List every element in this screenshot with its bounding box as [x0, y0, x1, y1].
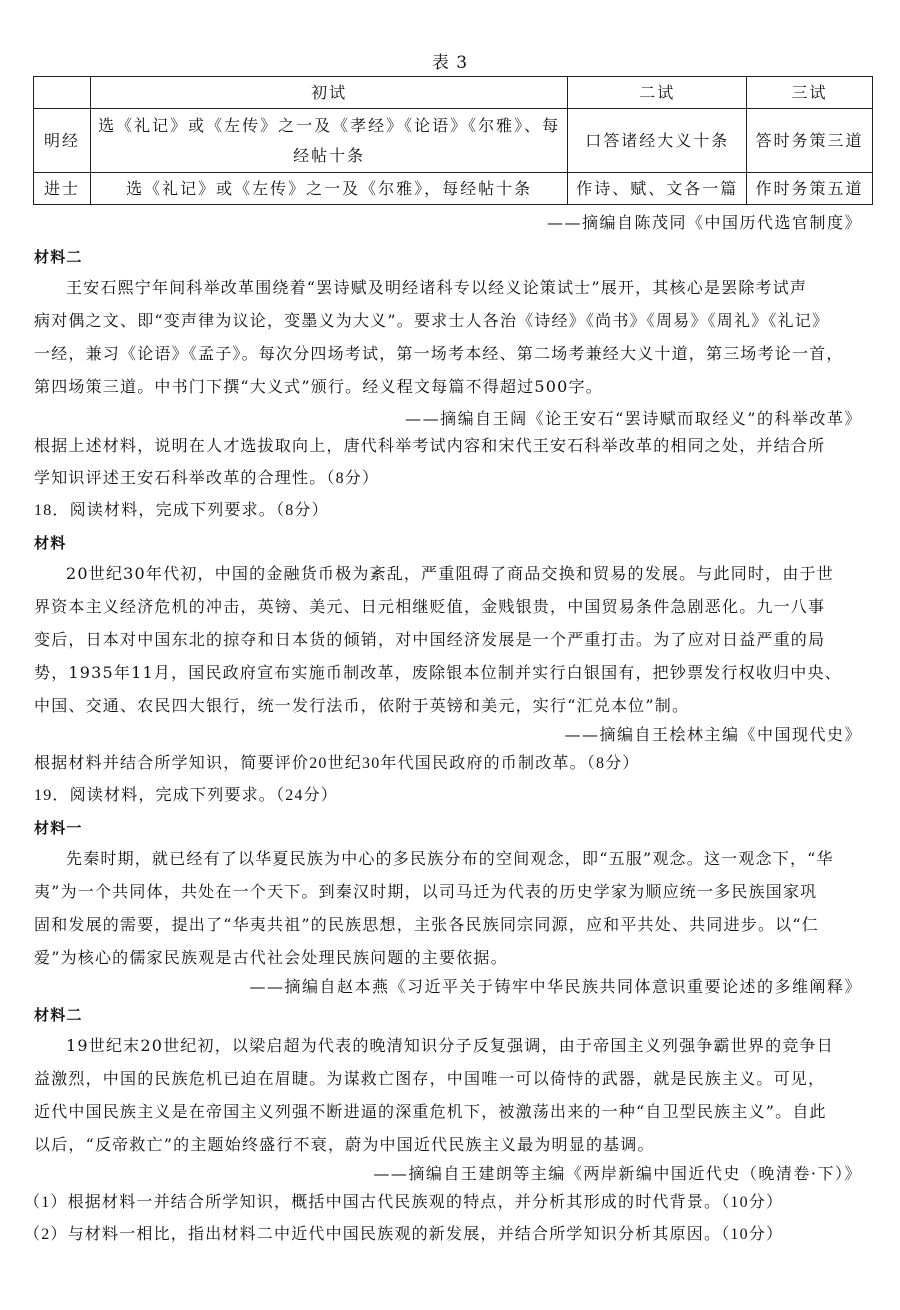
paragraph-line: 病对偶之文、即“变声律为议论，变墨义为大义”。要求士人各治《诗经》《尚书》《周易… [34, 310, 866, 332]
question-title-18: 18．阅读材料，完成下列要求。（8分） [34, 500, 866, 522]
cell-line: 经帖十条 [97, 141, 561, 171]
paragraph-line: 益激烈，中国的民族危机已迫在眉睫。为谋救亡图存，中国唯一可以倚恃的武器，就是民族… [34, 1068, 866, 1090]
paragraph-line: 一经，兼习《论语》《孟子》。每次分四场考试，第一场考本经、第二场考兼经大义十道，… [34, 343, 866, 365]
header-cell-empty [34, 77, 91, 109]
paragraph-line: 王安石熙宁年间科举改革围绕着“罢诗赋及明经诸科专以经义论策试士”展开，其核心是罢… [66, 277, 866, 299]
paragraph-line: 势，1935年11月，国民政府宣布实施币制改革，废除银本位制并实行白银国有，把钞… [34, 662, 866, 684]
first-exam-cell: 选《礼记》或《左传》之一及《孝经》《论语》《尔雅》、每 经帖十条 [90, 109, 567, 173]
material-source: ——摘编自王建朗等主编《两岸新编中国近代史（晚清卷·下）》 [373, 1161, 862, 1184]
row-label: 进士 [34, 173, 91, 205]
exam-page: 表 3 初试 二试 三试 明经 选《礼记》或《左传》之一及《孝经》《论语》《尔雅… [0, 0, 900, 1310]
third-exam-cell: 作时务策五道 [747, 173, 873, 205]
sub-question-2: （2）与材料一相比，指出材料二中近代中国民族观的新发展，并结合所学知识分析其原因… [24, 1224, 856, 1246]
question-title-19: 19．阅读材料，完成下列要求。（24分） [34, 785, 866, 807]
header-cell-first-exam: 初试 [90, 77, 567, 109]
paragraph-line: 先秦时期，就已经有了以华夏民族为中心的多民族分布的空间观念，即“五服”观念。这一… [66, 848, 866, 870]
paragraph-line: 界资本主义经济危机的冲击，英镑、美元、日元相继贬值，金贱银贵，中国贸易条件急剧恶… [34, 596, 866, 618]
cell-line: 选《礼记》或《左传》之一及《孝经》《论语》《尔雅》、每 [97, 111, 561, 141]
row-label: 明经 [34, 109, 91, 173]
sub-question-1: （1）根据材料一并结合所学知识，概括中国古代民族观的特点，并分析其形成的时代背景… [24, 1192, 856, 1214]
paragraph-line: 固和发展的需要，提出了“华夷共祖”的民族思想，主张各民族同宗同源，应和平共处、共… [34, 914, 866, 936]
material-heading: 材料一 [34, 817, 866, 839]
third-exam-cell: 答时务策三道 [747, 109, 873, 173]
material-heading: 材料二 [34, 246, 866, 268]
paragraph-line: 第四场策三道。中书门下撰“大义式”颁行。经义程文每篇不得超过500字。 [34, 376, 866, 398]
paragraph-line: 夷”为一个共同体，共处在一个天下。到秦汉时期，以司马迁为代表的历史学家为顺应统一… [34, 881, 866, 903]
material-source: ——摘编自王阔《论王安石“罢诗赋而取经义”的科举改革》 [405, 406, 862, 429]
paragraph-line: 中国、交通、农民四大银行，统一发行法币，依附于英镑和美元，实行“汇兑本位”制。 [34, 695, 866, 717]
table-header-row: 初试 二试 三试 [34, 77, 873, 109]
table-row-jinshi: 进士 选《礼记》或《左传》之一及《尔雅》，每经帖十条 作诗、赋、文各一篇 作时务… [34, 173, 873, 205]
material-heading: 材料二 [34, 1004, 866, 1026]
header-cell-second-exam: 二试 [568, 77, 747, 109]
exam-table: 初试 二试 三试 明经 选《礼记》或《左传》之一及《孝经》《论语》《尔雅》、每 … [33, 76, 873, 205]
header-cell-third-exam: 三试 [747, 77, 873, 109]
table-row-mingjing: 明经 选《礼记》或《左传》之一及《孝经》《论语》《尔雅》、每 经帖十条 口答诸经… [34, 109, 873, 173]
paragraph-line: 19世纪末20世纪初，以梁启超为代表的晚清知识分子反复强调，由于帝国主义列强争霸… [66, 1035, 866, 1057]
material-source: ——摘编自赵本燕《习近平关于铸牢中华民族共同体意识重要论述的多维阐释》 [249, 974, 862, 997]
paragraph-line: 20世纪30年代初，中国的金融货币极为紊乱，严重阻碍了商品交换和贸易的发展。与此… [66, 563, 866, 585]
first-exam-cell: 选《礼记》或《左传》之一及《尔雅》，每经帖十条 [90, 173, 567, 205]
paragraph-line: 爱”为核心的儒家民族观是古代社会处理民族问题的主要依据。 [34, 947, 866, 969]
question-line: 根据上述材料，说明在人才选拔取向上，唐代科举考试内容和宋代王安石科举改革的相同之… [34, 436, 866, 458]
question-line: 根据材料并结合所学知识，简要评价20世纪30年代国民政府的币制改革。（8分） [34, 753, 866, 775]
paragraph-line: 变后，日本对中国东北的掠夺和日本货的倾销，对中国经济发展是一个严重打击。为了应对… [34, 629, 866, 651]
second-exam-cell: 作诗、赋、文各一篇 [568, 173, 747, 205]
question-line: 学知识评述王安石科举改革的合理性。（8分） [34, 468, 866, 490]
table-source: ——摘编自陈茂同《中国历代选官制度》 [547, 210, 862, 233]
material-heading: 材料 [34, 532, 866, 554]
second-exam-cell: 口答诸经大义十条 [568, 109, 747, 173]
paragraph-line: 近代中国民族主义是在帝国主义列强不断进逼的深重危机下，被激荡出来的一种“自卫型民… [34, 1101, 866, 1123]
table-caption: 表 3 [0, 48, 900, 73]
material-source: ——摘编自王桧林主编《中国现代史》 [564, 722, 862, 745]
paragraph-line: 以后，“反帝救亡”的主题始终盛行不衰，蔚为中国近代民族主义最为明显的基调。 [34, 1134, 866, 1156]
